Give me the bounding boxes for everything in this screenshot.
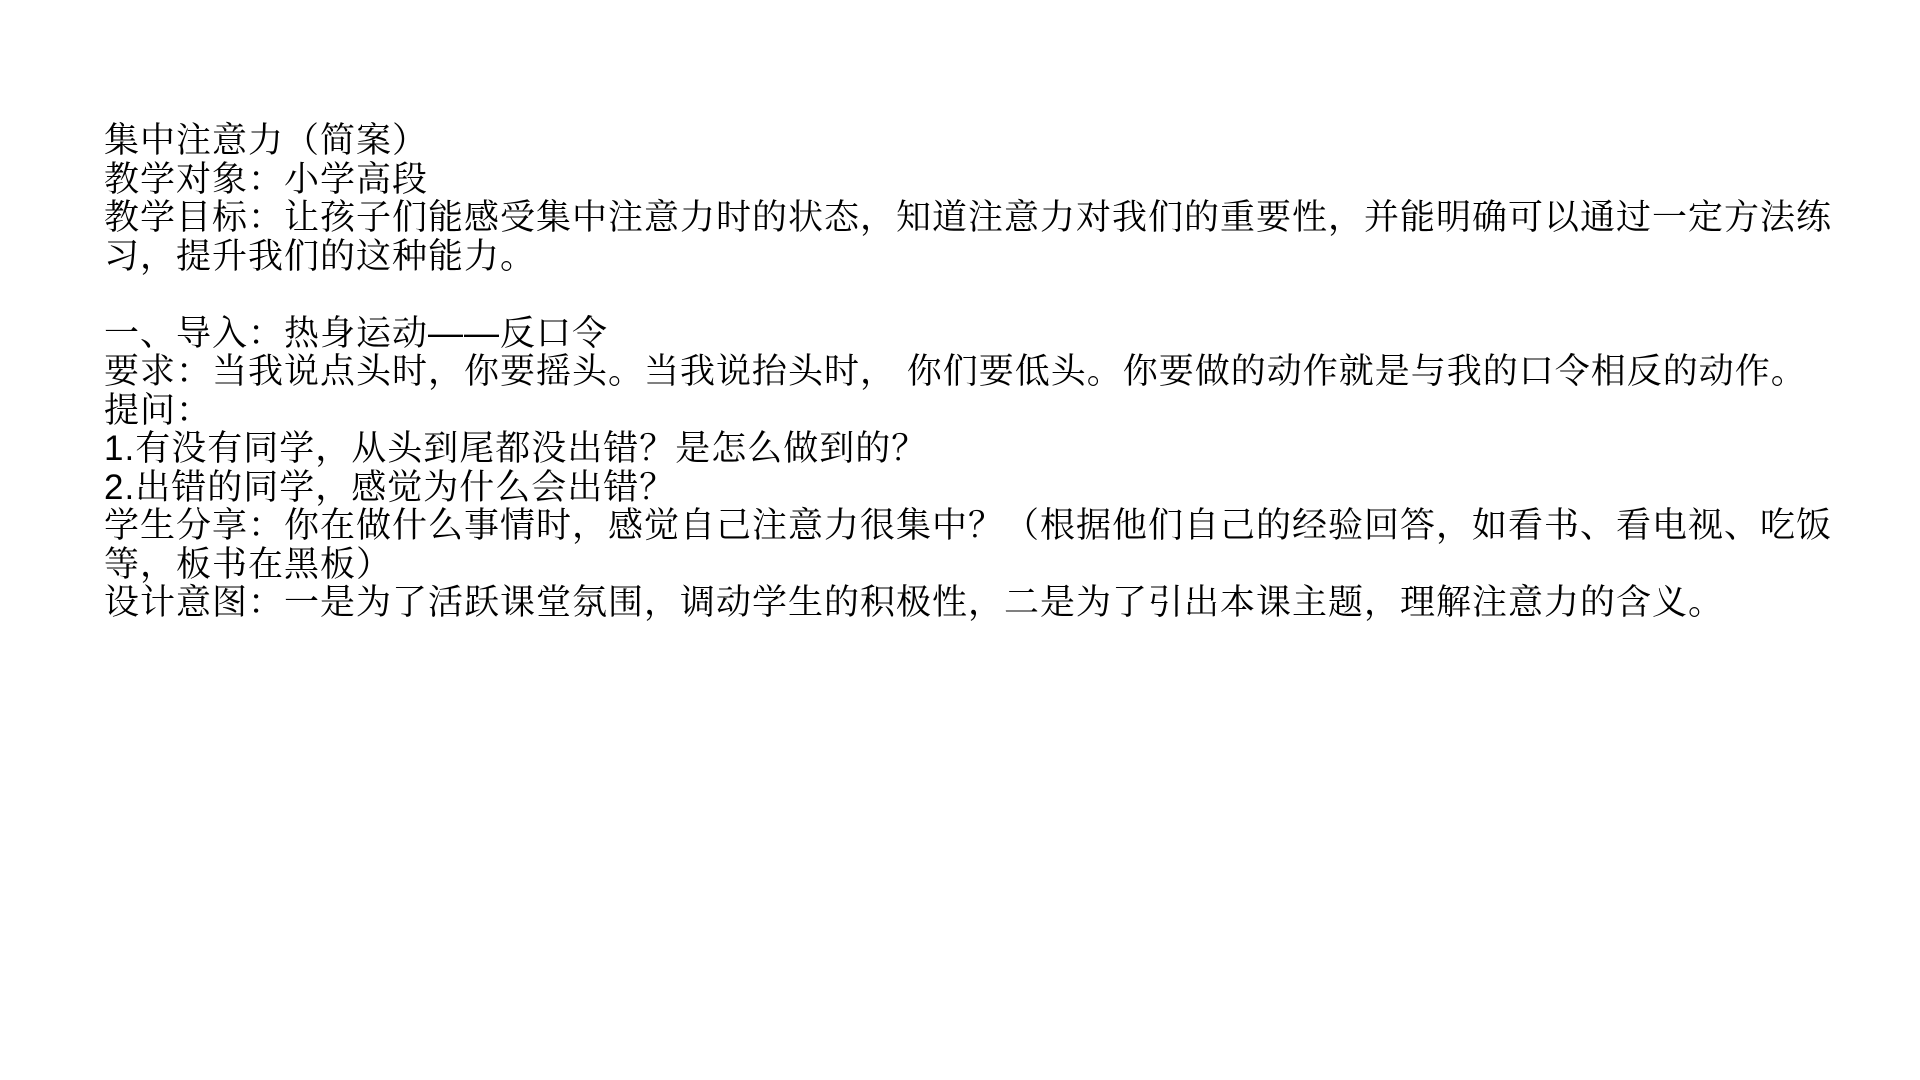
question-item-1: 1.有没有同学，从头到尾都没出错？是怎么做到的？ [104, 430, 1874, 469]
design-intent-line: 设计意图：一是为了活跃课堂氛围，调动学生的积极性，二是为了引出本课主题，理解注意… [104, 584, 1874, 623]
requirement-line: 要求：当我说点头时，你要摇头。当我说抬头时， 你们要低头。你要做的动作就是与我的… [104, 353, 1874, 392]
student-share-line-1: 学生分享：你在做什么事情时，感觉自己注意力很集中？（根据他们自己的经验回答，如看… [104, 507, 1874, 546]
section-heading-intro: 一、导入：热身运动——反口令 [104, 315, 1874, 354]
teaching-goal-line-1: 教学目标：让孩子们能感受集中注意力时的状态，知道注意力对我们的重要性，并能明确可… [104, 199, 1874, 238]
lesson-plan-document: 集中注意力（简案） 教学对象：小学高段 教学目标：让孩子们能感受集中注意力时的状… [104, 122, 1874, 623]
questions-label: 提问： [104, 392, 1874, 431]
student-share-line-2: 等，板书在黑板） [104, 546, 1874, 585]
blank-line [104, 276, 1874, 315]
teaching-audience-line: 教学对象：小学高段 [104, 161, 1874, 200]
teaching-goal-line-2: 习，提升我们的这种能力。 [104, 238, 1874, 277]
doc-title: 集中注意力（简案） [104, 122, 1874, 161]
question-item-2: 2.出错的同学，感觉为什么会出错？ [104, 469, 1874, 508]
